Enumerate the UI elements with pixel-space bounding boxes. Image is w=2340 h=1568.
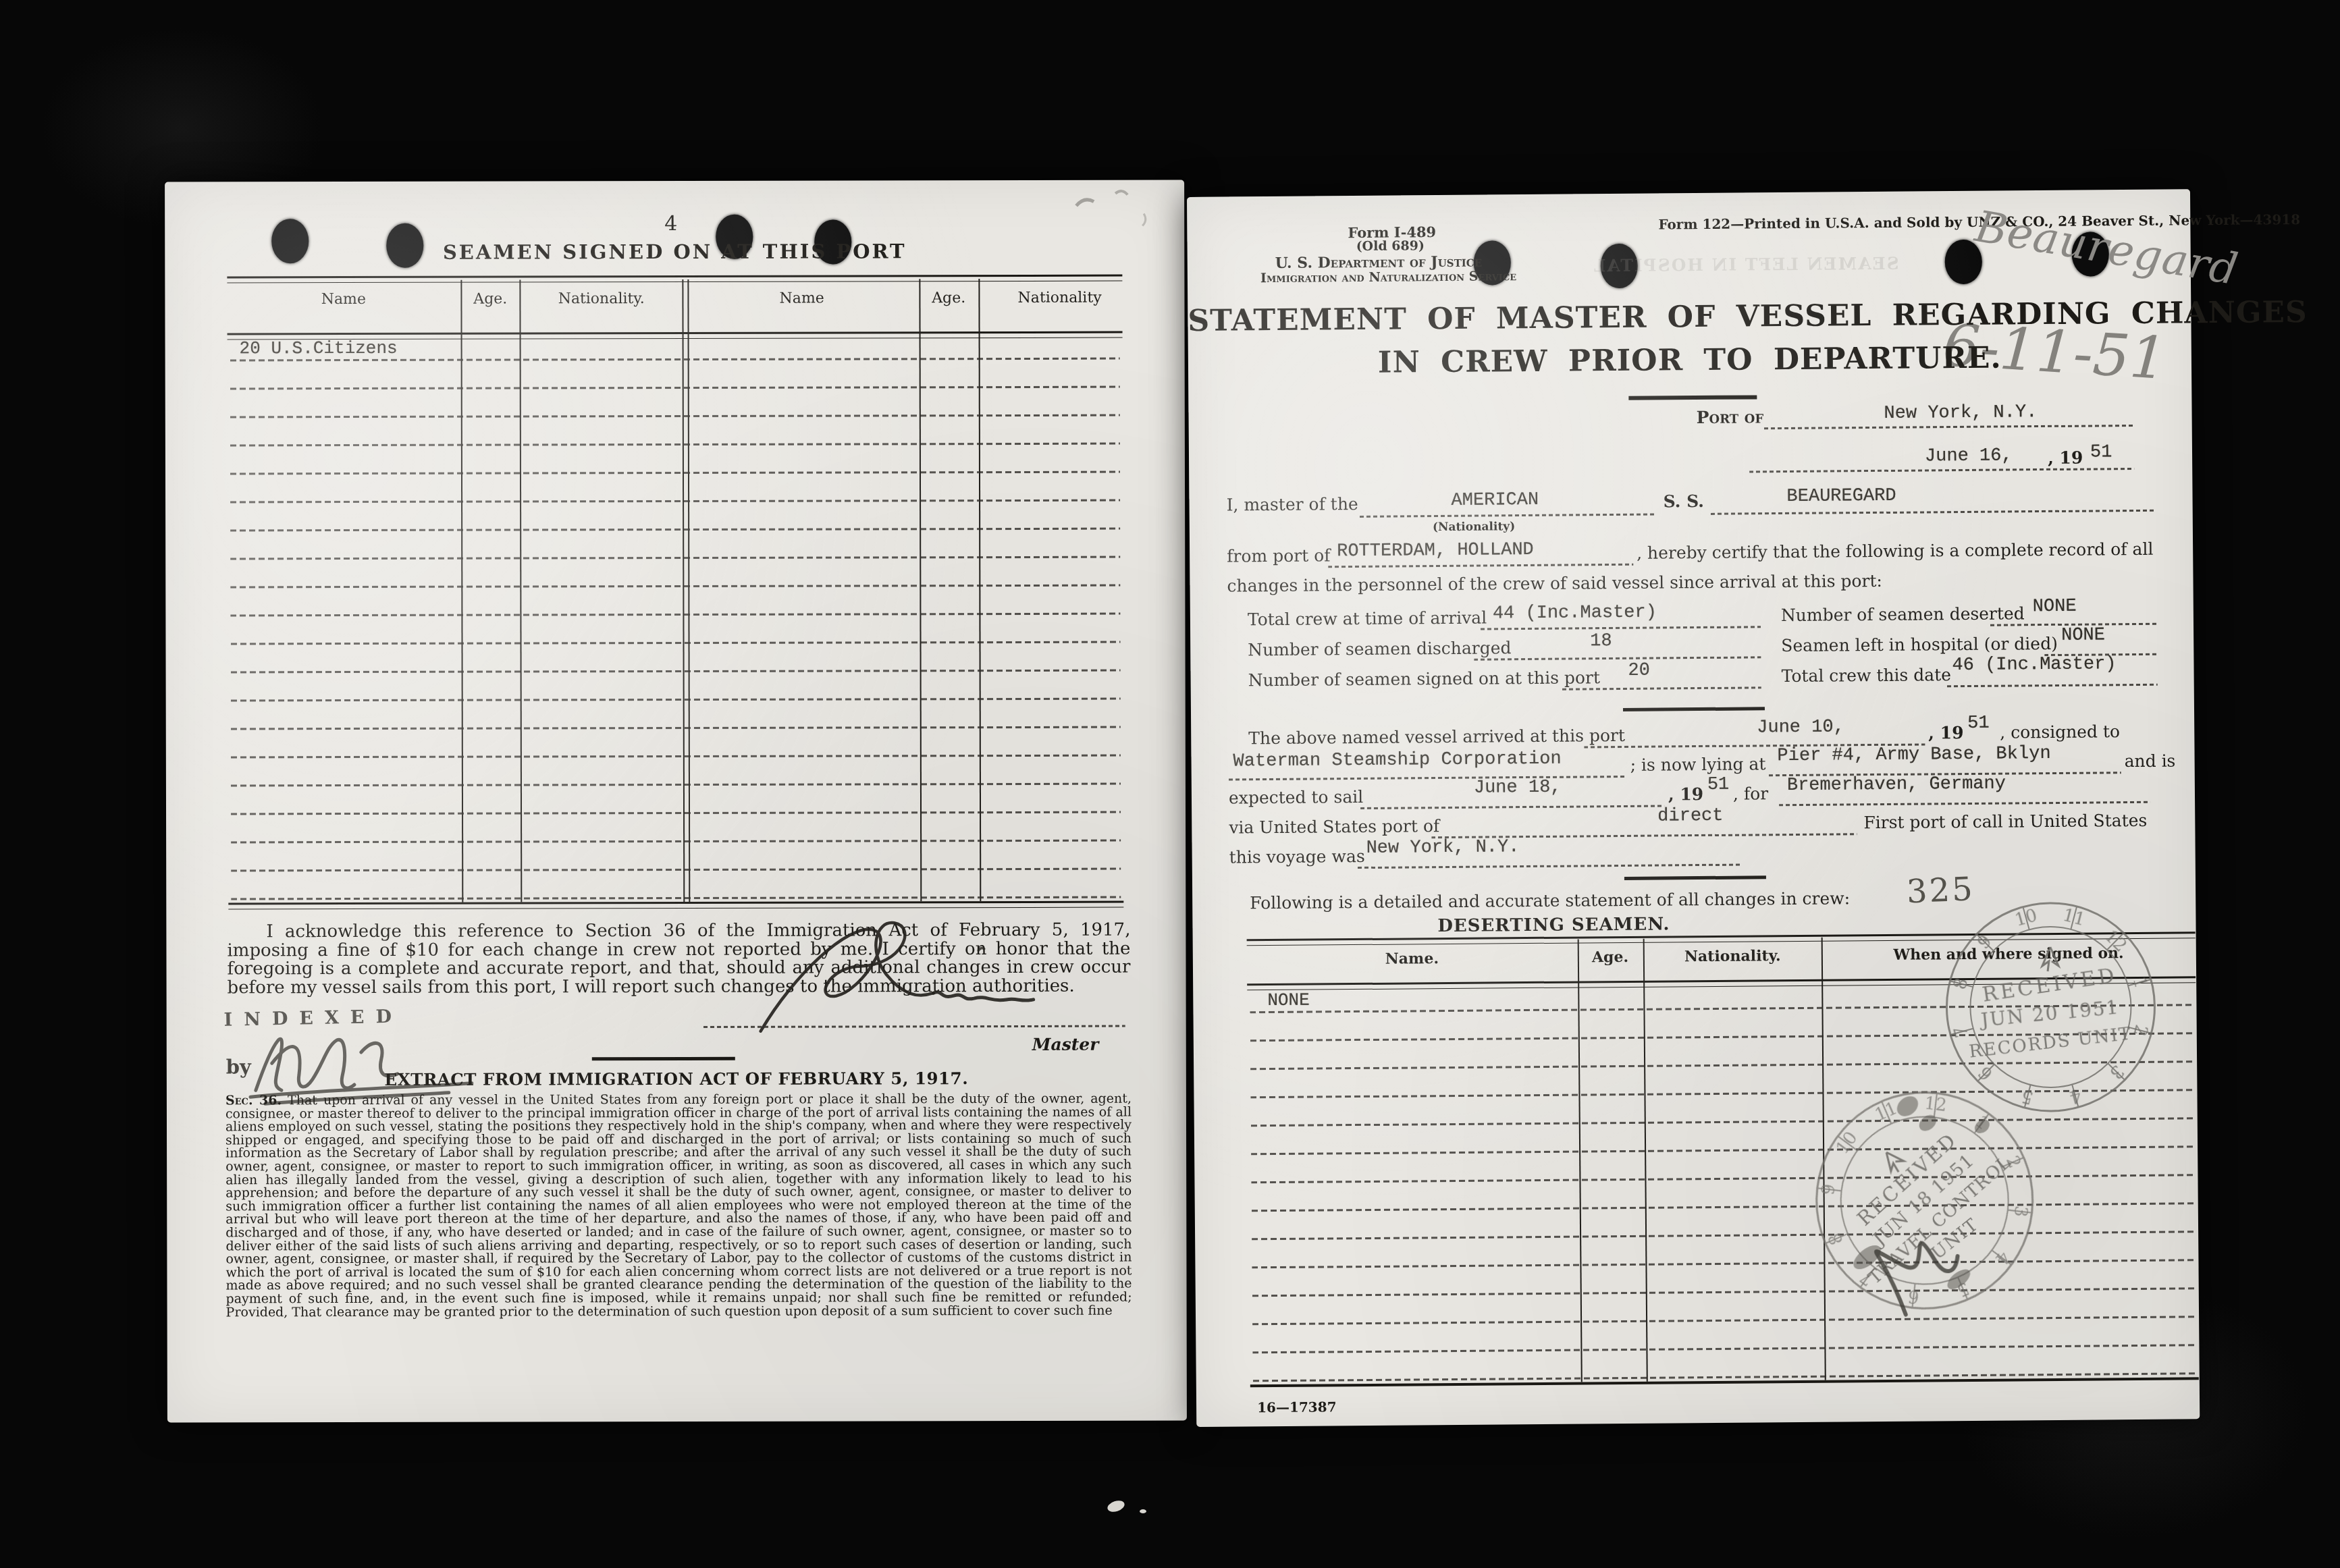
table-row — [228, 476, 1123, 506]
stat-total-line — [1947, 684, 2158, 687]
table-row — [228, 618, 1123, 648]
voyage-l4-label: via United States port of — [1229, 816, 1439, 837]
svg-text:2: 2 — [2129, 1023, 2151, 1039]
ss-label: S. S. — [1663, 491, 1704, 511]
table-row — [228, 759, 1123, 790]
table-row — [228, 844, 1123, 875]
from-port-label: from port of — [1227, 545, 1330, 566]
table-row — [228, 419, 1123, 450]
svg-text:8: 8 — [1824, 1230, 1847, 1248]
svg-text:10: 10 — [1832, 1128, 1862, 1158]
col-header-name: Name. — [1385, 950, 1439, 968]
sail-date-value: June 18, — [1474, 778, 1562, 799]
svg-text:12: 12 — [2100, 926, 2131, 956]
stat-discharged-label: Number of seamen discharged — [1248, 638, 1512, 659]
date-line — [1749, 468, 2134, 472]
table-row — [228, 674, 1123, 705]
col-header-name: Name — [780, 290, 824, 307]
table-row — [228, 788, 1123, 818]
table-row — [228, 646, 1123, 676]
stat-deserted-label: Number of seamen deserted — [1781, 603, 2025, 625]
voyage-l2-mid: ; is now lying at — [1630, 754, 1766, 775]
first-port-value: New York, N.Y. — [1366, 837, 1519, 859]
col-header-nationality: Nationality. — [558, 290, 645, 307]
from-port-line — [1328, 564, 1633, 568]
port-of-value: New York, N.Y. — [1884, 402, 2037, 424]
sail-date-line — [1360, 805, 1664, 809]
lying-at-value: Pier #4, Army Base, Bklyn — [1777, 744, 2050, 766]
voyage-l2-tail: and is — [2124, 751, 2175, 772]
certify-text: , hereby certify that the following is a… — [1637, 539, 2153, 563]
svg-text:4: 4 — [2067, 1085, 2083, 1107]
table-row — [228, 504, 1123, 535]
date-year-value: 51 — [2090, 442, 2112, 462]
table-row — [228, 731, 1123, 761]
col-header-age: Age. — [473, 291, 507, 308]
table-bottom-rule — [228, 901, 1123, 910]
voyage-l3-year: 51 — [1707, 775, 1730, 795]
svg-text:9: 9 — [1818, 1183, 1840, 1196]
stat-signed-label: Number of seamen signed on at this port — [1248, 668, 1601, 690]
stamp-arrow-icon — [2042, 947, 2058, 971]
signed-on-rows: 20 U.S.Citizens — [228, 334, 1124, 903]
col-header-age: Age. — [932, 290, 965, 306]
signed-on-table: Name Age. Nationality. Name Age. Nationa… — [227, 275, 1123, 909]
date-year-printed: , 19 — [2048, 448, 2083, 468]
table-row: 20 U.S.Citizens — [228, 334, 1123, 364]
stat-arrival-label: Total crew at time of arrival — [1248, 608, 1487, 630]
right-page: Form 122—Printed in U.S.A. and Sold by U… — [1187, 189, 2200, 1427]
col-header-nationality: Nationality. — [1684, 947, 1781, 965]
stat-hospital-label: Seamen left in hospital (or died) — [1781, 634, 2058, 655]
destination-line — [1779, 801, 2150, 806]
table-row — [228, 816, 1123, 846]
from-port-value: ROTTERDAM, HOLLAND — [1337, 540, 1534, 562]
voyage-l3-for: , for — [1733, 784, 1768, 803]
left-page-title: SEAMEN SIGNED ON AT THIS PORT — [165, 239, 1184, 264]
port-of-label: Port of — [1696, 407, 1763, 427]
voyage-l1-label: The above named vessel arrived at this p… — [1248, 726, 1625, 748]
master-label: Master — [1032, 1035, 1099, 1054]
following-statement: Following is a detailed and accurate sta… — [1250, 888, 1850, 913]
svg-text:1: 1 — [2129, 975, 2151, 991]
stat-discharged-line — [1474, 656, 1761, 660]
stat-signed-value: 20 — [1628, 661, 1650, 681]
table-row — [228, 362, 1123, 393]
page-number: 4 — [664, 212, 677, 236]
svg-text:8: 8 — [1950, 976, 1972, 992]
bleed-through-text: SEAMEN LEFT IN HOSPITAL — [1593, 254, 1899, 276]
table-row — [228, 391, 1123, 421]
stat-total-label: Total crew this date — [1781, 665, 1951, 686]
svg-text:5: 5 — [2019, 1085, 2036, 1108]
master-signature — [740, 909, 1057, 1038]
via-port-value: direct — [1657, 806, 1723, 827]
col-header-age: Age. — [1592, 948, 1628, 966]
stat-arrival-value: 44 (Inc.Master) — [1493, 603, 1657, 624]
master-line-lead: I, master of the — [1226, 494, 1358, 515]
extract-heading: EXTRACT FROM IMMIGRATION ACT OF FEBRUARY… — [167, 1068, 1186, 1089]
stat-total-value: 46 (Inc.Master) — [1952, 654, 2116, 676]
sec36-text: That upon arrival of any vessel in the U… — [225, 1091, 1132, 1320]
consignee-value: Waterman Steamship Corporation — [1233, 749, 1561, 772]
col-header-nationality: Nationality — [1018, 290, 1102, 306]
svg-text:6: 6 — [1907, 1286, 1920, 1307]
table-row — [228, 589, 1123, 620]
vessel-name-line — [1711, 510, 2156, 515]
nationality-line — [1360, 514, 1657, 518]
stat-discharged-value: 18 — [1590, 631, 1612, 651]
table-row — [228, 448, 1123, 478]
vessel-name-value: BEAUREGARD — [1786, 486, 1896, 507]
svg-text:3: 3 — [2010, 1205, 2031, 1218]
table-row — [228, 533, 1123, 563]
voyage-l3-year-printed: , 19 — [1668, 784, 1703, 804]
voyage-arrival-date: June 10, — [1757, 717, 1844, 738]
extract-divider — [592, 1057, 735, 1060]
agency-service: Immigration and Naturalization Service — [1260, 269, 1516, 286]
voyage-l1-year-printed: , 19 — [1928, 723, 1963, 742]
consignee-line — [1229, 776, 1626, 780]
section-divider — [1623, 707, 1765, 711]
table-row — [228, 561, 1123, 591]
sec36-paragraph: Sec. 36. That upon arrival of any vessel… — [225, 1093, 1132, 1320]
table-row — [228, 703, 1123, 733]
form-footer-number: 16—17387 — [1257, 1399, 1337, 1415]
date-value: June 16, — [1925, 445, 2013, 466]
nationality-caption: (Nationality) — [1433, 520, 1515, 534]
section-divider — [1624, 875, 1766, 880]
left-page: 4 SEAMEN SIGNED ON AT THIS PORT Name Age… — [165, 180, 1187, 1422]
voyage-l1-tail: , consigned to — [2000, 722, 2120, 742]
certify-text-2: changes in the personnel of the crew of … — [1227, 571, 1882, 596]
voyage-l4-tail: First port of call in United States — [1863, 811, 2147, 832]
voyage-l5-label: this voyage was — [1229, 846, 1365, 867]
svg-text:7: 7 — [1950, 1024, 1973, 1040]
dust-speck — [1140, 1509, 1146, 1513]
nationality-value: AMERICAN — [1451, 490, 1539, 511]
title-underline — [1628, 395, 1757, 400]
pencil-marks — [1063, 185, 1164, 232]
stat-hospital-value: NONE — [2061, 625, 2105, 646]
stat-arrival-line — [1481, 626, 1761, 630]
dust-speck — [1106, 1498, 1125, 1513]
first-port-line — [1358, 864, 1743, 869]
table-top-rule — [227, 275, 1122, 283]
table-row — [228, 873, 1123, 903]
port-of-line — [1764, 425, 2134, 429]
voyage-l1-year: 51 — [1967, 713, 1990, 734]
col-header-name: Name — [321, 291, 366, 308]
stat-deserted-value: NONE — [2033, 597, 2077, 618]
voyage-l3-label: expected to sail — [1229, 787, 1363, 808]
form-number-old: (Old 689) — [1356, 238, 1424, 254]
destination-value: Bremerhaven, Germany — [1787, 774, 2006, 796]
svg-text:12: 12 — [1923, 1093, 1948, 1116]
